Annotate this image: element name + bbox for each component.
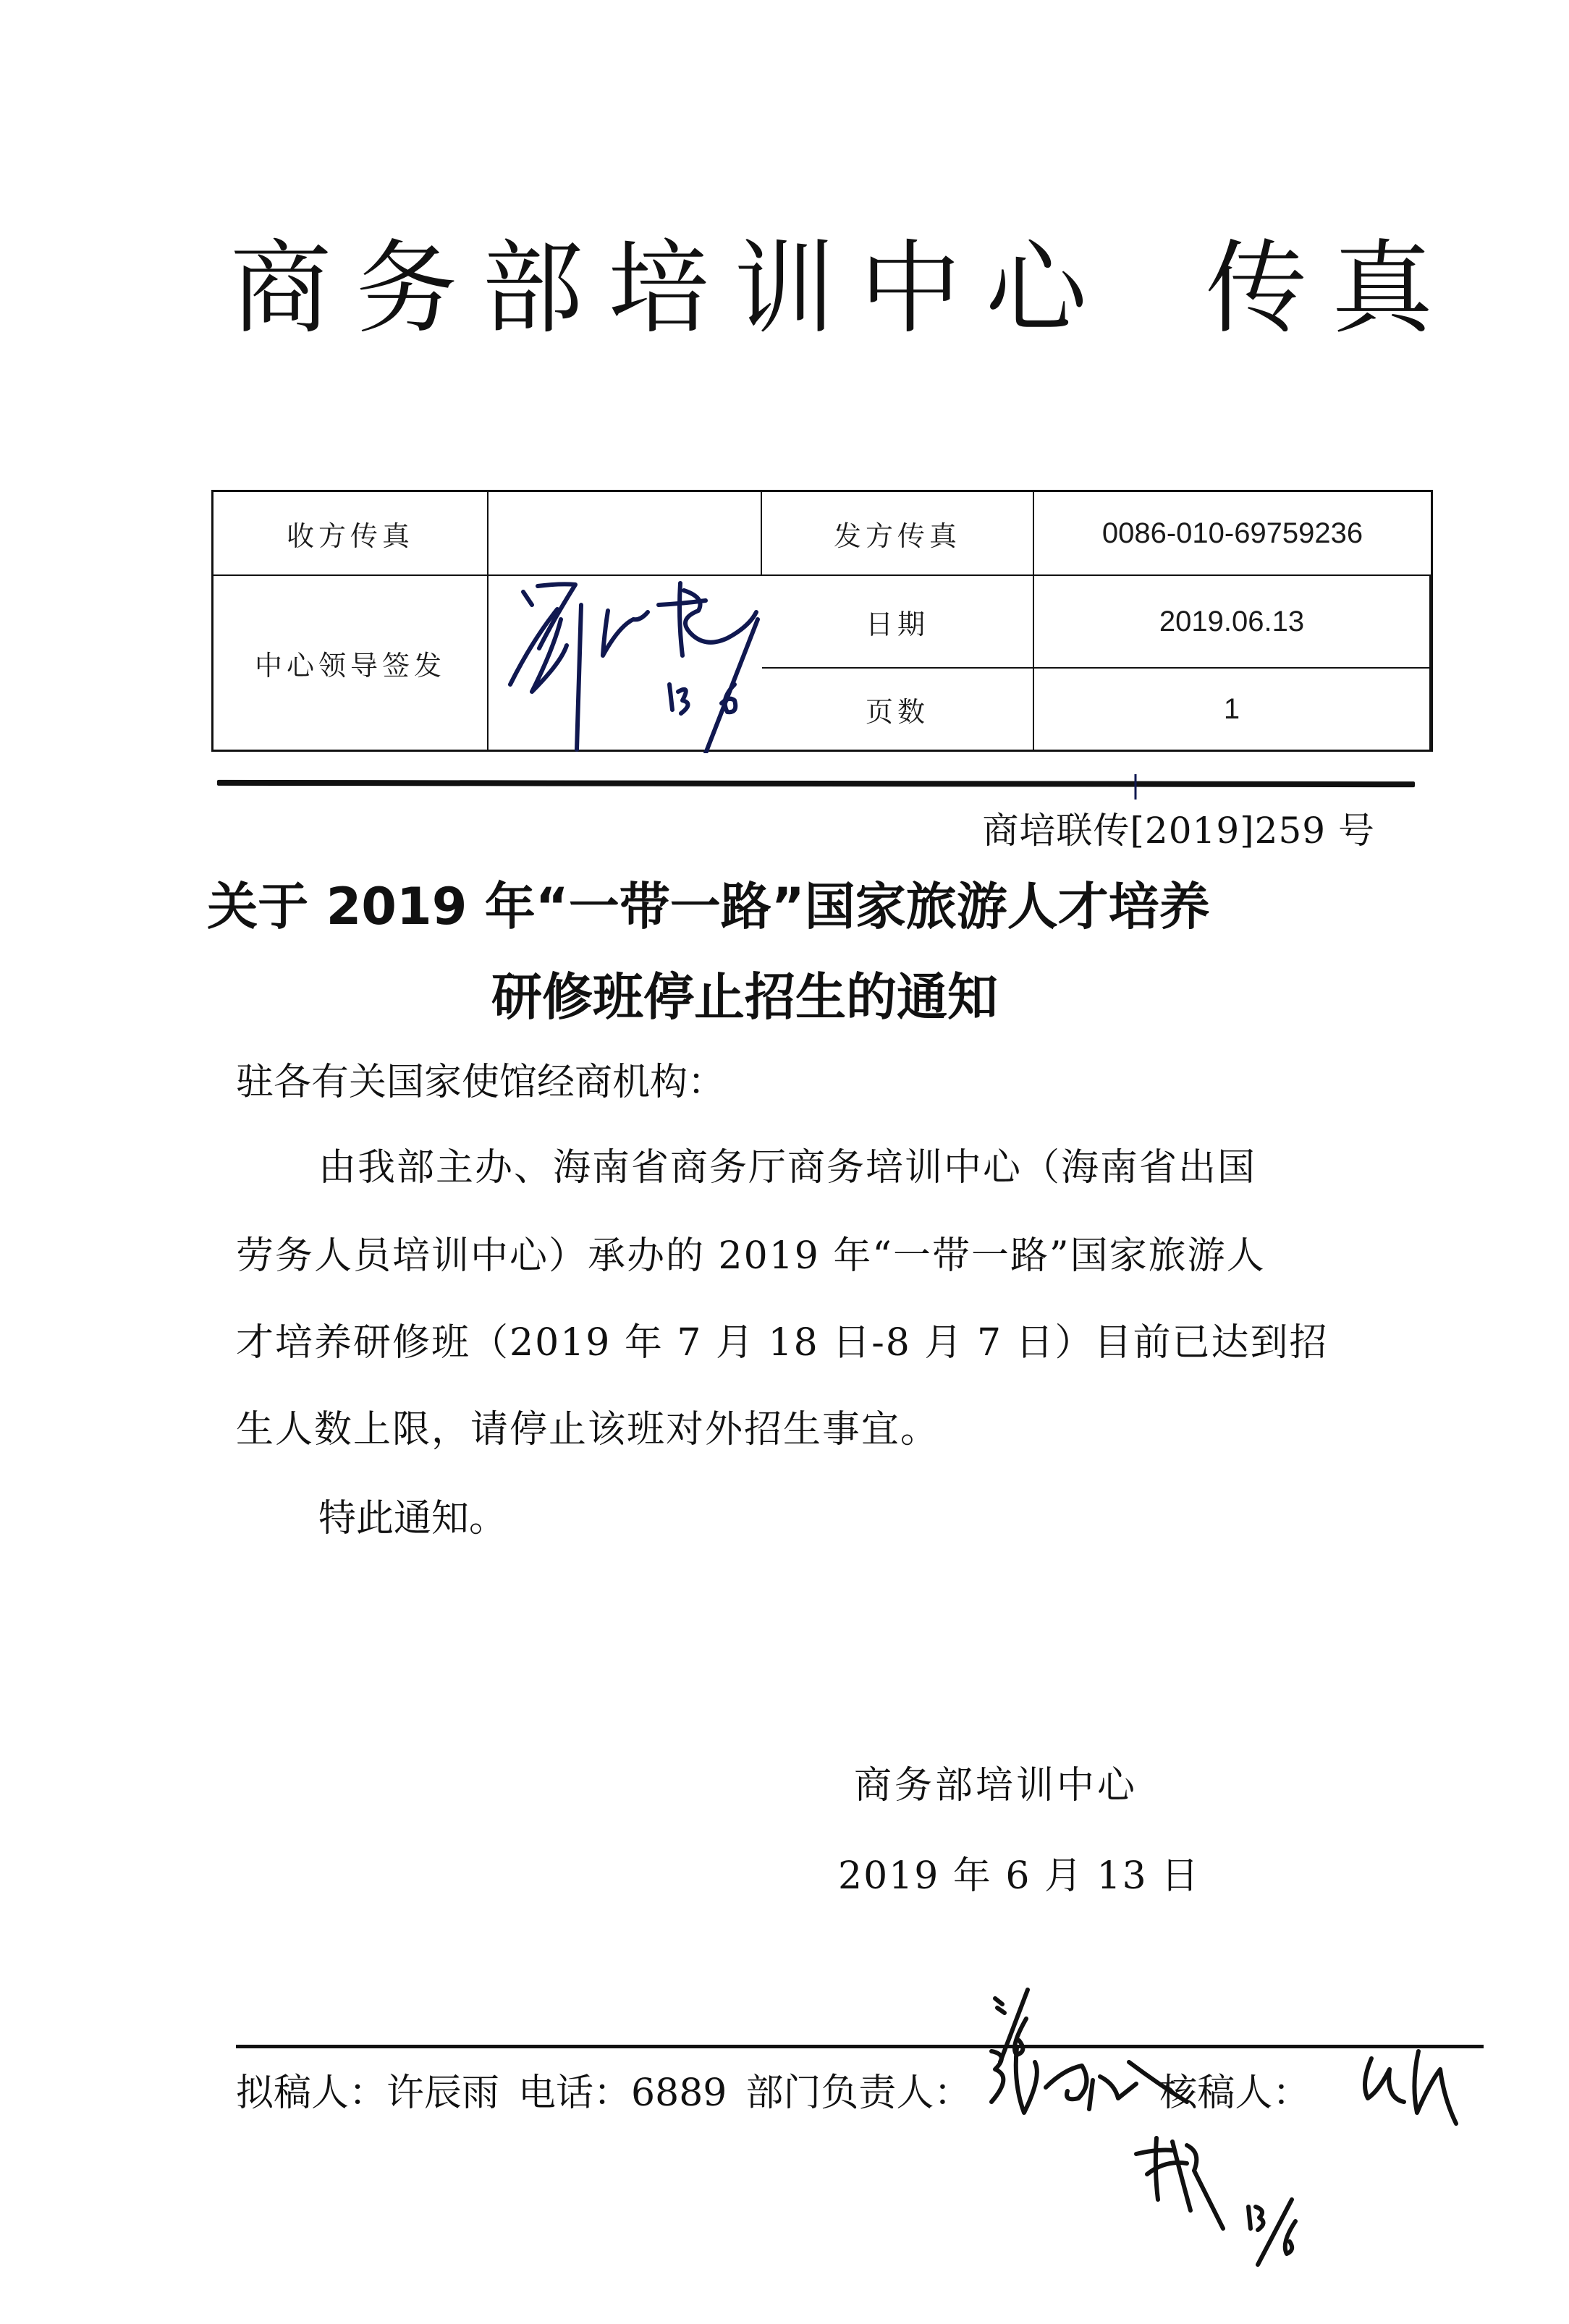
approval-signature-cell — [489, 576, 762, 750]
closing-text: 特此通知。 — [318, 1500, 1447, 1538]
reviewer-label: 核稿人： — [1159, 2062, 1310, 2116]
footer-info: 拟稿人：许辰雨电话：6889部门负责人：核稿人： — [236, 2062, 1310, 2116]
body-line-3: 才培养研修班（2019 年 7 月 18 日-8 月 7 日）目前已达到招 — [236, 1324, 1365, 1362]
pages-label: 页数 — [762, 669, 1034, 750]
body-line-4: 生人数上限，请停止该班对外招生事宜。 — [236, 1411, 1365, 1449]
sender-fax-value: 0086-010-69759236 — [1034, 492, 1431, 576]
drafter-label: 拟稿人： — [236, 2062, 386, 2116]
approval-label: 中心领导签发 — [213, 576, 489, 750]
salutation: 驻各有关国家使馆经商机构： — [236, 1064, 1365, 1101]
recipient-fax-label: 收方传真 — [213, 492, 489, 576]
document-title-line-1: 关于 2019 年“一带一路”国家旅游人才培养 — [0, 881, 1569, 932]
header-divider — [217, 780, 1415, 787]
phone-label: 电话： — [518, 2062, 631, 2116]
document-number: 商培联传[2019]259 号 — [982, 802, 1375, 854]
dept-head-label: 部门负责人： — [745, 2062, 971, 2116]
document-title-line-2: 研修班停止招生的通知 — [0, 972, 1569, 1022]
sender-fax-label: 发方传真 — [762, 492, 1034, 576]
fax-header-title: 商务部培训中心传真 — [230, 239, 1458, 340]
date-value: 2019.06.13 — [1034, 576, 1431, 669]
body-line-2: 劳务人员培训中心）承办的 2019 年“一带一路”国家旅游人 — [236, 1237, 1365, 1275]
doc-type: 传真 — [1206, 230, 1458, 348]
signing-date: 2019 年 6 月 13 日 — [838, 1845, 1200, 1899]
pages-value: 1 — [1034, 669, 1431, 750]
footer-divider — [236, 2045, 1484, 2048]
org-name: 商务部培训中心 — [230, 230, 1112, 348]
body-line-1: 由我部主办、海南省商务厅商务培训中心（海南省出国 — [318, 1149, 1447, 1187]
fax-info-table: 收方传真 发方传真 0086-010-69759236 日期 2019.06.1… — [211, 490, 1433, 752]
recipient-fax-value — [489, 492, 762, 576]
signing-organization: 商务部培训中心 — [854, 1755, 1138, 1809]
phone-value: 6889 — [631, 2071, 727, 2115]
drafter-name: 许辰雨 — [386, 2062, 499, 2116]
